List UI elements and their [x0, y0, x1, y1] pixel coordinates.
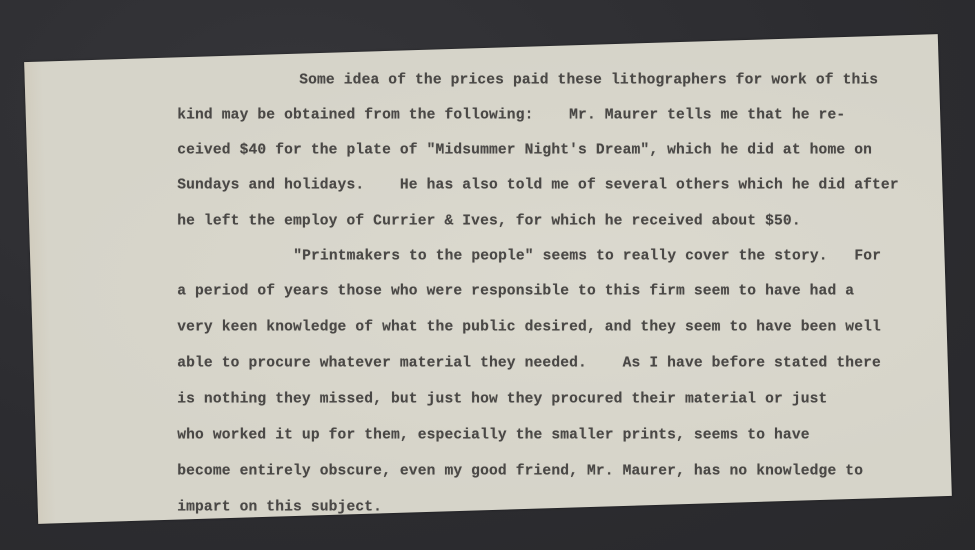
text-line: Sundays and holidays. He has also told m…	[177, 176, 899, 194]
text-line: ceived $40 for the plate of "Midsummer N…	[177, 141, 872, 159]
text-line: very keen knowledge of what the public d…	[177, 318, 881, 336]
typewritten-page: Some idea of the prices paid these litho…	[24, 34, 952, 524]
text-line: is nothing they missed, but just how the…	[177, 390, 827, 408]
text-line: "Printmakers to the people" seems to rea…	[293, 247, 881, 265]
text-line: able to procure whatever material they n…	[177, 354, 881, 372]
text-line: he left the employ of Currier & Ives, fo…	[177, 212, 801, 230]
text-line: become entirely obscure, even my good fr…	[177, 462, 863, 480]
text-line: impart on this subject.	[177, 498, 382, 516]
text-line: who worked it up for them, especially th…	[177, 426, 809, 444]
text-line: a period of years those who were respons…	[177, 282, 854, 300]
text-line: Some idea of the prices paid these litho…	[299, 71, 878, 89]
text-line: kind may be obtained from the following:…	[177, 106, 845, 124]
